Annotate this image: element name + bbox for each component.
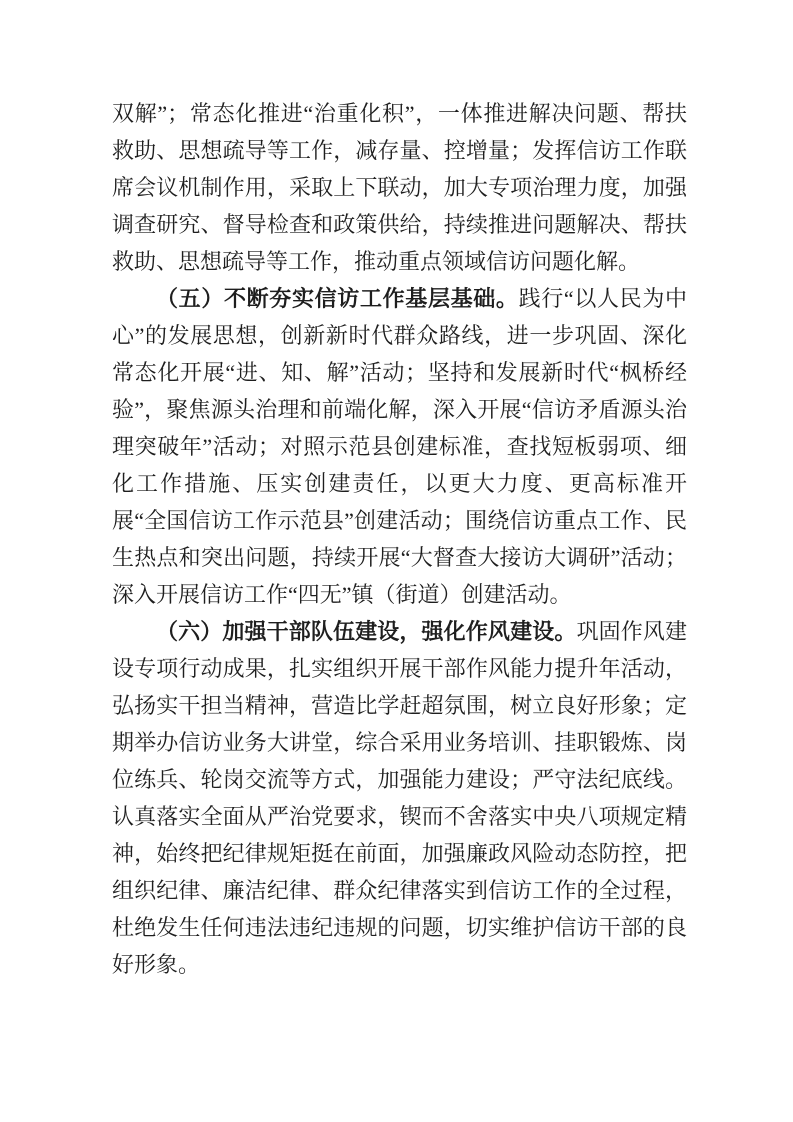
document-page: 双解”；常态化推进“治重化积”，一体推进解决问题、帮扶救助、思想疏导等工作，减存… <box>0 0 793 1122</box>
paragraph-lead: （五）不断夯实信访工作基层基础。 <box>156 286 519 311</box>
paragraph-section-5: （五）不断夯实信访工作基层基础。践行“以人民为中心”的发展思想，创新新时代群众路… <box>112 280 687 613</box>
paragraph-continuation: 双解”；常态化推进“治重化积”，一体推进解决问题、帮扶救助、思想疏导等工作，减存… <box>112 95 687 280</box>
paragraph-section-6: （六）加强干部队伍建设，强化作风建设。巩固作风建设专项行动成果，扎实组织开展干部… <box>112 613 687 983</box>
paragraph-text: 双解”；常态化推进“治重化积”，一体推进解决问题、帮扶救助、思想疏导等工作，减存… <box>112 101 687 274</box>
document-text-block: 双解”；常态化推进“治重化积”，一体推进解决问题、帮扶救助、思想疏导等工作，减存… <box>112 95 687 983</box>
paragraph-text: 践行“以人民为中心”的发展思想，创新新时代群众路线，进一步巩固、深化常态化开展“… <box>112 286 687 607</box>
paragraph-lead: （六）加强干部队伍建设，强化作风建设。 <box>156 619 576 644</box>
paragraph-text: 巩固作风建设专项行动成果，扎实组织开展干部作风能力提升年活动，弘扬实干担当精神，… <box>112 619 687 977</box>
